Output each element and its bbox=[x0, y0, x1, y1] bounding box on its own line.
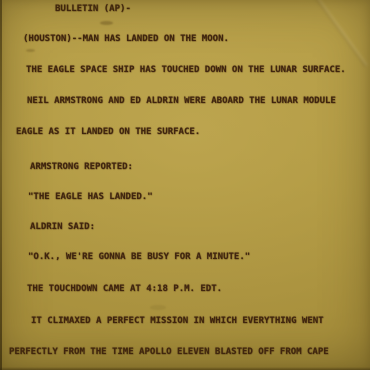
bulletin-line: EAGLE AS IT LANDED ON THE SURFACE. bbox=[16, 127, 200, 138]
bulletin-line: ALDRIN SAID: bbox=[30, 222, 95, 233]
photo-vignette bbox=[0, 0, 370, 370]
bulletin-line: "THE EAGLE HAS LANDED." bbox=[28, 192, 153, 203]
bulletin-line: "O.K., WE'RE GONNA BE BUSY FOR A MINUTE.… bbox=[28, 252, 250, 263]
bulletin-line: (HOUSTON)--MAN HAS LANDED ON THE MOON. bbox=[23, 34, 229, 45]
bulletin-line: BULLETIN (AP)- bbox=[55, 4, 131, 15]
bulletin-line: NEIL ARMSTRONG AND ED ALDRIN WERE ABOARD… bbox=[27, 96, 336, 107]
ink-smudge bbox=[150, 305, 166, 310]
paper-crease bbox=[309, 0, 368, 68]
bulletin-line: PERFECTLY FROM THE TIME APOLLO ELEVEN BL… bbox=[9, 347, 329, 358]
bulletin-line: THE TOUCHDOWN CAME AT 4:18 P.M. EDT. bbox=[27, 284, 222, 295]
bulletin-line: THE EAGLE SPACE SHIP HAS TOUCHED DOWN ON… bbox=[26, 65, 346, 76]
bulletin-document-photo: BULLETIN (AP)- (HOUSTON)--MAN HAS LANDED… bbox=[0, 0, 370, 370]
ink-smudge bbox=[26, 49, 35, 52]
photo-edge-shadow bbox=[0, 0, 2, 370]
bulletin-line: ARMSTRONG REPORTED: bbox=[30, 162, 133, 173]
ink-smudge bbox=[100, 21, 113, 25]
bulletin-line: IT CLIMAXED A PERFECT MISSION IN WHICH E… bbox=[31, 316, 324, 327]
